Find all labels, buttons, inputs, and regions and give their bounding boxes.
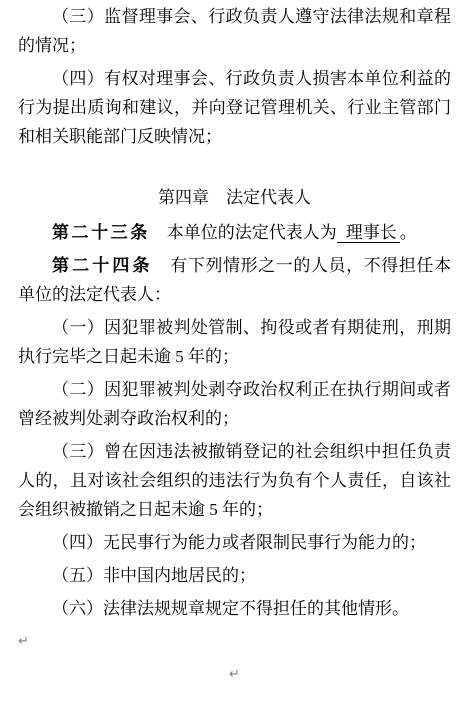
article-24-item-4: （四）无民事行为能力或者限制民事行为能力的； (18, 528, 451, 557)
article-23-underlined-value: 理事长 (337, 223, 400, 243)
article-23-number: 第二十三条 (52, 223, 150, 242)
article-24-item-5: （五）非中国内地居民的； (18, 561, 451, 590)
intro-paragraph-3: （三）监督理事会、行政负责人遵守法律法规和章程的情况； (18, 2, 451, 60)
article-23-period: 。 (400, 223, 417, 242)
paragraph-return-mark: ↵ (18, 627, 451, 656)
document-page: （三）监督理事会、行政负责人遵守法律法规和章程的情况； （四）有权对理事会、行政… (0, 0, 467, 707)
intro-paragraph-4: （四）有权对理事会、行政负责人损害本单位利益的行为提出质询和建议，并向登记管理机… (18, 64, 451, 151)
chapter-title: 第四章 法定代表人 (18, 183, 451, 212)
article-24-item-3: （三）曾在因违法被撤销登记的社会组织中担任负责人的，且对该社会组织的违法行为负有… (18, 437, 451, 524)
article-24-item-1: （一）因犯罪被判处管制、拘役或者有期徒刑，刑期执行完毕之日起未逾 5 年的； (18, 313, 451, 371)
article-24-number: 第二十四条 (52, 256, 153, 275)
article-23-text: 本单位的法定代表人为 (150, 223, 337, 242)
article-24: 第二十四条 有下列情形之一的人员，不得担任本单位的法定代表人： (18, 251, 451, 309)
article-24-item-6: （六）法律法规规章规定不得担任的其他情形。 (18, 594, 451, 623)
article-23: 第二十三条 本单位的法定代表人为理事长。 (18, 218, 451, 247)
article-24-item-2: （二）因犯罪被判处剥夺政治权利正在执行期间或者曾经被判处剥夺政治权利的； (18, 375, 451, 433)
paragraph-return-mark-centered: ↵ (18, 660, 451, 689)
